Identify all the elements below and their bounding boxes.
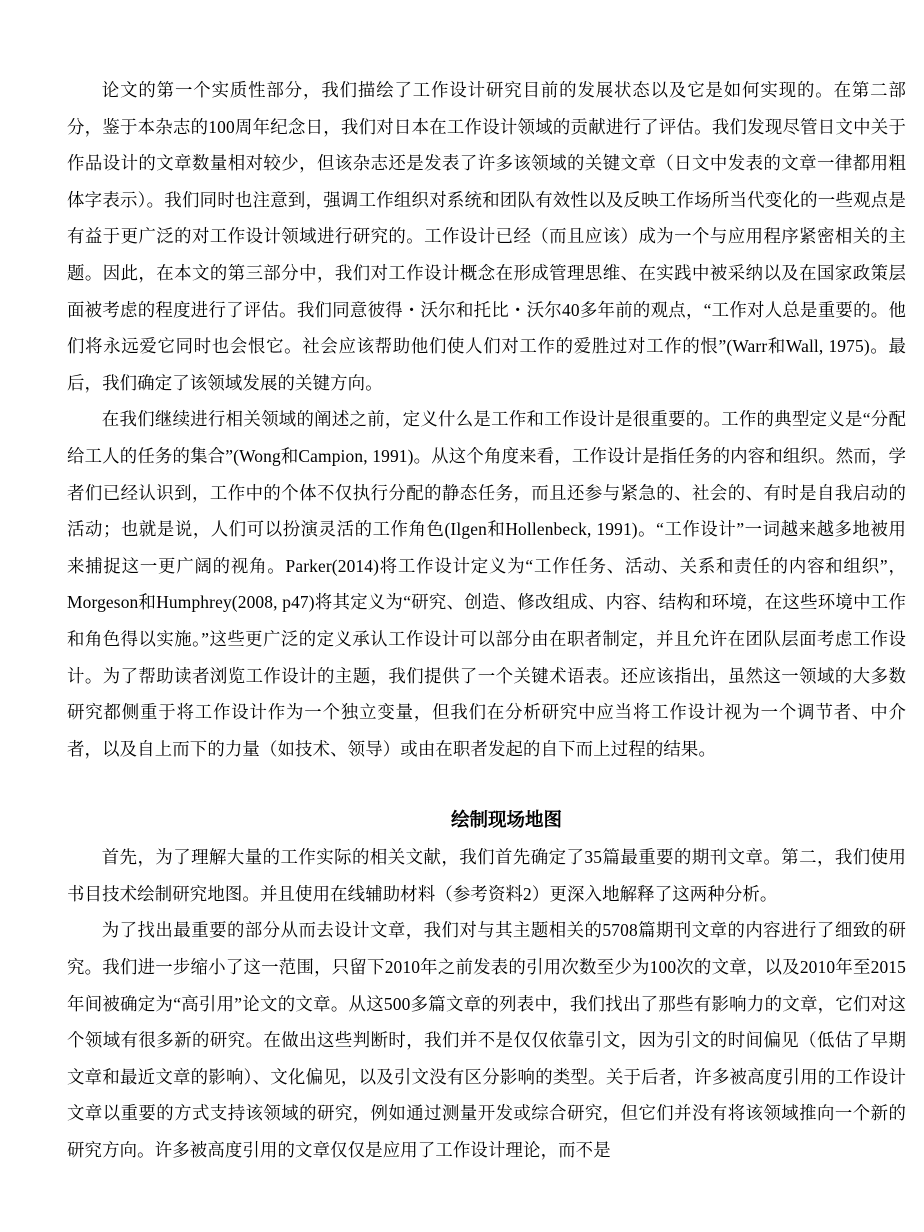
section-spacer (67, 767, 906, 803)
paragraph-work-design-definition: 在我们继续进行相关领域的阐述之前，定义什么是工作和工作设计是很重要的。工作的典型… (67, 401, 906, 767)
paragraph-intro-overview: 论文的第一个实质性部分，我们描绘了工作设计研究目前的发展状态以及它是如何实现的。… (67, 72, 906, 401)
paragraph-article-selection: 为了找出最重要的部分从而去设计文章，我们对与其主题相关的5708篇期刊文章的内容… (67, 912, 906, 1168)
document-page: 论文的第一个实质性部分，我们描绘了工作设计研究目前的发展状态以及它是如何实现的。… (67, 72, 906, 1169)
paragraph-mapping-method: 首先，为了理解大量的工作实际的相关文献，我们首先确定了35篇最重要的期刊文章。第… (67, 839, 906, 912)
section-heading: 绘制现场地图 (67, 803, 906, 839)
